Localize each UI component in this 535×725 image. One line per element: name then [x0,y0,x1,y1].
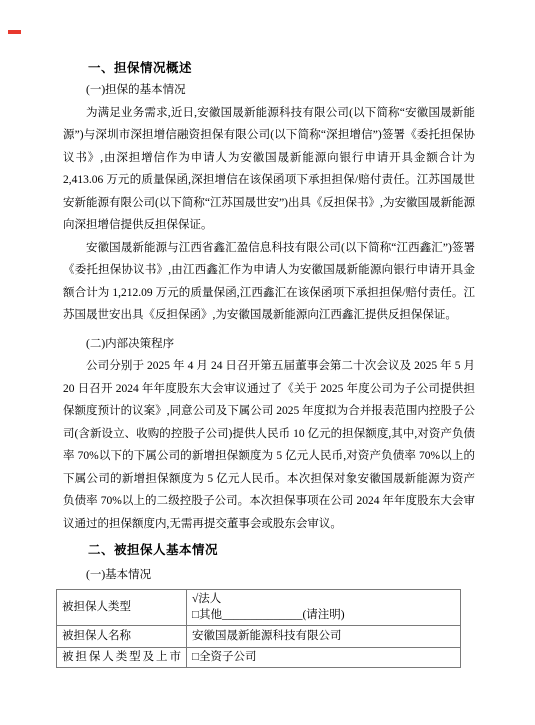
paragraph-internal-decision: 公司分别于 2025 年 4 月 24 日召开第五届董事会第二十次会议及 202… [63,355,475,535]
paragraph-guarantee-shendan: 为满足业务需求,近日,安徽国晟新能源科技有限公司(以下简称“安徽国晟新能源”)与… [63,102,475,237]
row-type-value: √法人 □其他______________(请注明) [187,589,461,625]
row-subsidiary-type-value: □全资子公司 [187,647,461,667]
row-type-label: 被担保人类型 [57,589,187,625]
paragraph-guarantee-jiangxi: 安徽国晟新能源与江西省鑫汇盈信息科技有限公司(以下简称“江西鑫汇”)签署《委托担… [63,237,475,327]
red-line-fragment [8,30,21,34]
section1-subheading-b: (二)内部决策程序 [63,333,475,356]
section2-heading: 二、被担保人基本情况 [63,539,475,561]
section1-subheading-a: (一)担保的基本情况 [63,79,475,102]
table-row-subsidiary-type: 被担保人类型及上市 □全资子公司 [57,647,461,667]
row-name-label: 被担保人名称 [57,625,187,647]
guaranteed-party-table: 被担保人类型 √法人 □其他______________(请注明) 被担保人名称… [56,589,461,668]
table-row-name: 被担保人名称 安徽国晟新能源科技有限公司 [57,625,461,647]
checkbox-legal-person: √法人 [192,591,455,608]
section2-subheading-a: (一)基本情况 [63,564,475,587]
section1-heading: 一、担保情况概述 [63,57,475,79]
document-page: 一、担保情况概述 (一)担保的基本情况 为满足业务需求,近日,安徽国晟新能源科技… [0,0,535,725]
row-name-value: 安徽国晟新能源科技有限公司 [187,625,461,647]
checkbox-other: □其他______________(请注明) [192,607,455,624]
table-row-type: 被担保人类型 √法人 □其他______________(请注明) [57,589,461,625]
document-content: 一、担保情况概述 (一)担保的基本情况 为满足业务需求,近日,安徽国晟新能源科技… [63,57,475,668]
row-subsidiary-type-label: 被担保人类型及上市 [57,647,187,667]
